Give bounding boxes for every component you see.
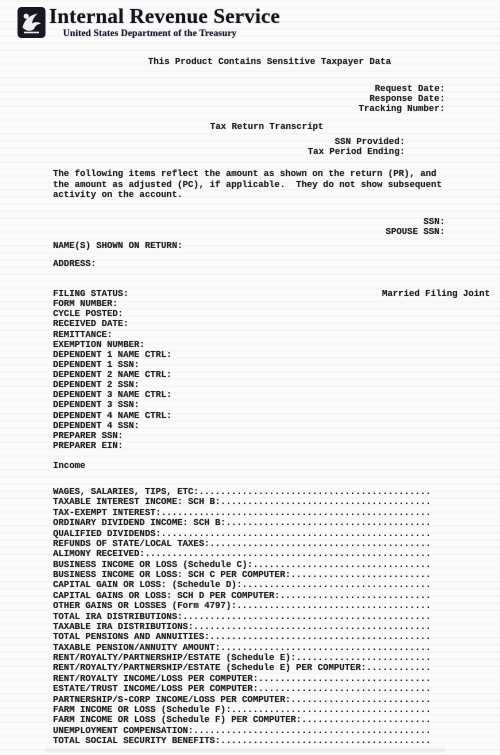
request-info-label: Response Date:: [53, 94, 445, 104]
income-line: OTHER GAINS OR LOSSES (Form 4797):......…: [53, 601, 490, 611]
return-field-label: DEPENDENT 4 SSN:: [53, 421, 490, 431]
return-field-label: RECEIVED DATE:: [53, 319, 490, 329]
income-line: BUSINESS INCOME OR LOSS (Schedule C):...…: [53, 560, 490, 570]
address-label: ADDRESS:: [53, 259, 490, 269]
return-field-label: REMITTANCE:: [53, 330, 490, 340]
income-line: PARTNERSHIP/S-CORP INCOME/LOSS PER COMPU…: [53, 695, 490, 705]
return-field-label: DEPENDENT 3 SSN:: [53, 400, 490, 410]
income-line: CAPITAL GAIN OR LOSS: (Schedule D):.....…: [53, 580, 490, 590]
taxpayer-ssn-block: SSN:SPOUSE SSN:: [53, 217, 490, 237]
income-line: RENT/ROYALTY INCOME/LOSS PER COMPUTER:..…: [53, 674, 490, 684]
return-field-label: FORM NUMBER:: [53, 299, 490, 309]
income-line: ALIMONY RECEIVED:.......................…: [53, 549, 490, 559]
request-info-label: Request Date:: [53, 84, 445, 94]
income-line: REFUNDS OF STATE/LOCAL TAXES:...........…: [53, 539, 490, 549]
return-field-label: PREPARER SSN:: [53, 431, 490, 441]
return-field-label: PREPARER EIN:: [53, 441, 490, 451]
income-line: UNEMPLOYMENT COMPENSATION:..............…: [53, 726, 490, 736]
ssn-provided-label: SSN Provided:: [53, 137, 405, 147]
return-field-label: EXEMPTION NUMBER:: [53, 340, 490, 350]
filing-status-label: FILING STATUS:: [53, 289, 129, 299]
income-line: TAXABLE PENSION/ANNUITY AMOUNT:.........…: [53, 643, 490, 653]
income-line: TAXABLE IRA DISTRIBUTIONS:..............…: [53, 622, 490, 632]
income-line: TOTAL SOCIAL SECURITY BENEFITS:.........…: [53, 736, 490, 746]
income-line: QUALIFIED DIVIDENDS:....................…: [53, 529, 490, 539]
return-field-label: DEPENDENT 1 SSN:: [53, 360, 490, 370]
document-title: Tax Return Transcript: [53, 122, 490, 132]
income-line: TAX-EXEMPT INTEREST:....................…: [53, 508, 490, 518]
income-line: FARM INCOME OR LOSS (Schedule F):.......…: [53, 705, 490, 715]
income-line: BUSINESS INCOME OR LOSS: SCH C PER COMPU…: [53, 570, 490, 580]
income-line: ORDINARY DIVIDEND INCOME: SCH B:........…: [53, 518, 490, 528]
return-field-label: DEPENDENT 2 SSN:: [53, 380, 490, 390]
notice-paragraph: The following items reflect the amount a…: [53, 169, 446, 201]
ssn-provided-block: SSN Provided:Tax Period Ending:: [53, 137, 490, 157]
income-line: RENT/ROYALTY/PARTNERSHIP/ESTATE (Schedul…: [53, 653, 490, 663]
income-line: WAGES, SALARIES, TIPS, ETC:.............…: [53, 487, 490, 497]
filing-status-value: Married Filing Joint: [382, 289, 490, 299]
taxpayer-ssn-label: SPOUSE SSN:: [53, 227, 445, 237]
agency-name: Internal Revenue Service: [49, 5, 280, 28]
income-lines-block: WAGES, SALARIES, TIPS, ETC:.............…: [53, 487, 490, 746]
return-field-label: CYCLE POSTED:: [53, 309, 490, 319]
income-line: CAPITAL GAINS OR LOSS: SCH D PER COMPUTE…: [53, 591, 490, 601]
income-line: TOTAL PENSIONS AND ANNUITIES:...........…: [53, 632, 490, 642]
return-fields-block: FILING STATUS: Married Filing Joint FORM…: [53, 289, 490, 451]
return-field-label: DEPENDENT 3 NAME CTRL:: [53, 390, 490, 400]
irs-letterhead: Internal Revenue Service United States D…: [17, 5, 280, 39]
irs-eagle-logo-icon: [17, 6, 46, 39]
income-section-heading: Income: [53, 461, 490, 471]
income-line: ESTATE/TRUST INCOME/LOSS PER COMPUTER:..…: [53, 684, 490, 694]
agency-title-block: Internal Revenue Service United States D…: [49, 5, 280, 39]
sensitive-data-banner: This Product Contains Sensitive Taxpayer…: [53, 57, 490, 67]
taxpayer-ssn-label: SSN:: [53, 217, 445, 227]
request-info-block: Request Date:Response Date:Tracking Numb…: [53, 84, 490, 115]
tax-return-transcript-page: Internal Revenue Service United States D…: [0, 0, 500, 755]
income-line: TAXABLE INTEREST INCOME: SCH B:.........…: [53, 497, 490, 507]
return-field-label: DEPENDENT 2 NAME CTRL:: [53, 370, 490, 380]
return-field-label: DEPENDENT 4 NAME CTRL:: [53, 411, 490, 421]
filing-status-row: FILING STATUS: Married Filing Joint: [53, 289, 490, 299]
agency-subtitle: United States Department of the Treasury: [63, 29, 280, 39]
return-field-label: DEPENDENT 1 NAME CTRL:: [53, 350, 490, 360]
income-line: RENT/ROYALTY/PARTNERSHIP/ESTATE (Schedul…: [53, 663, 490, 673]
request-info-label: Tracking Number:: [53, 104, 445, 114]
income-line: FARM INCOME OR LOSS (Schedule F) PER COM…: [53, 715, 490, 725]
name-shown-on-return-label: NAME(S) SHOWN ON RETURN:: [53, 241, 490, 251]
income-line: TOTAL IRA DISTRIBUTIONS:................…: [53, 612, 490, 622]
ssn-provided-label: Tax Period Ending:: [53, 147, 405, 157]
